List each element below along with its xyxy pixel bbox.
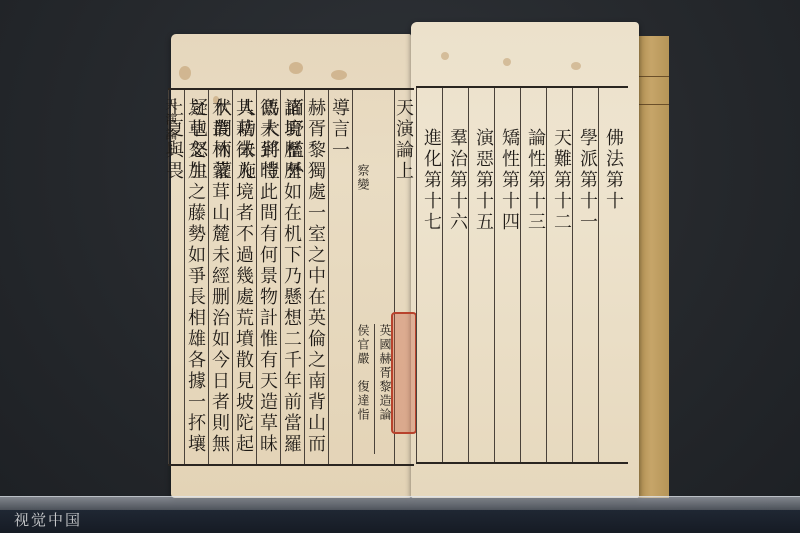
contents-item: 論性第十三 <box>520 88 546 462</box>
contents-item: 學派第十一 <box>572 88 598 462</box>
photo-scene: 天演論上 之草交加之藤勢如爭長相雄各據一抔壤土夏與畏 木叢林蒙茸山麓未經删治如今… <box>0 0 800 533</box>
book-cover-edge <box>637 36 669 498</box>
text-column: 赫胥黎獨處一室之中在英倫之南背山而面野檻外 <box>304 90 326 464</box>
contents-item: 矯性第十四 <box>494 88 520 462</box>
watermark: 视觉中国 <box>14 509 82 530</box>
contents-item: 演惡第十五 <box>468 88 494 462</box>
open-book: 天演論上 之草交加之藤勢如爭長相雄各據一抔壤土夏與畏 木叢林蒙茸山麓未經删治如今… <box>168 22 670 500</box>
display-glass-edge <box>0 496 800 511</box>
contents-item: 進化第十七 <box>416 88 442 462</box>
display-base <box>0 510 800 533</box>
contents-frame: 進化第十七 羣治第十六 演惡第十五 矯性第十四 論性第十三 天難第十二 學派第十… <box>416 86 628 464</box>
red-seal-stamp <box>391 312 417 434</box>
contents-item: 天難第十二 <box>546 88 572 462</box>
contents-item: 羣治第十六 <box>442 88 468 462</box>
chapter-heading: 導言一 <box>328 90 350 464</box>
contents-item: 佛法第十 <box>598 88 624 462</box>
translator-line: 侯官嚴 復達恉 <box>352 324 374 454</box>
left-text-frame: 天演論上 之草交加之藤勢如爭長相雄各據一抔壤土夏與畏 木叢林蒙茸山麓未經删治如今… <box>168 88 414 466</box>
